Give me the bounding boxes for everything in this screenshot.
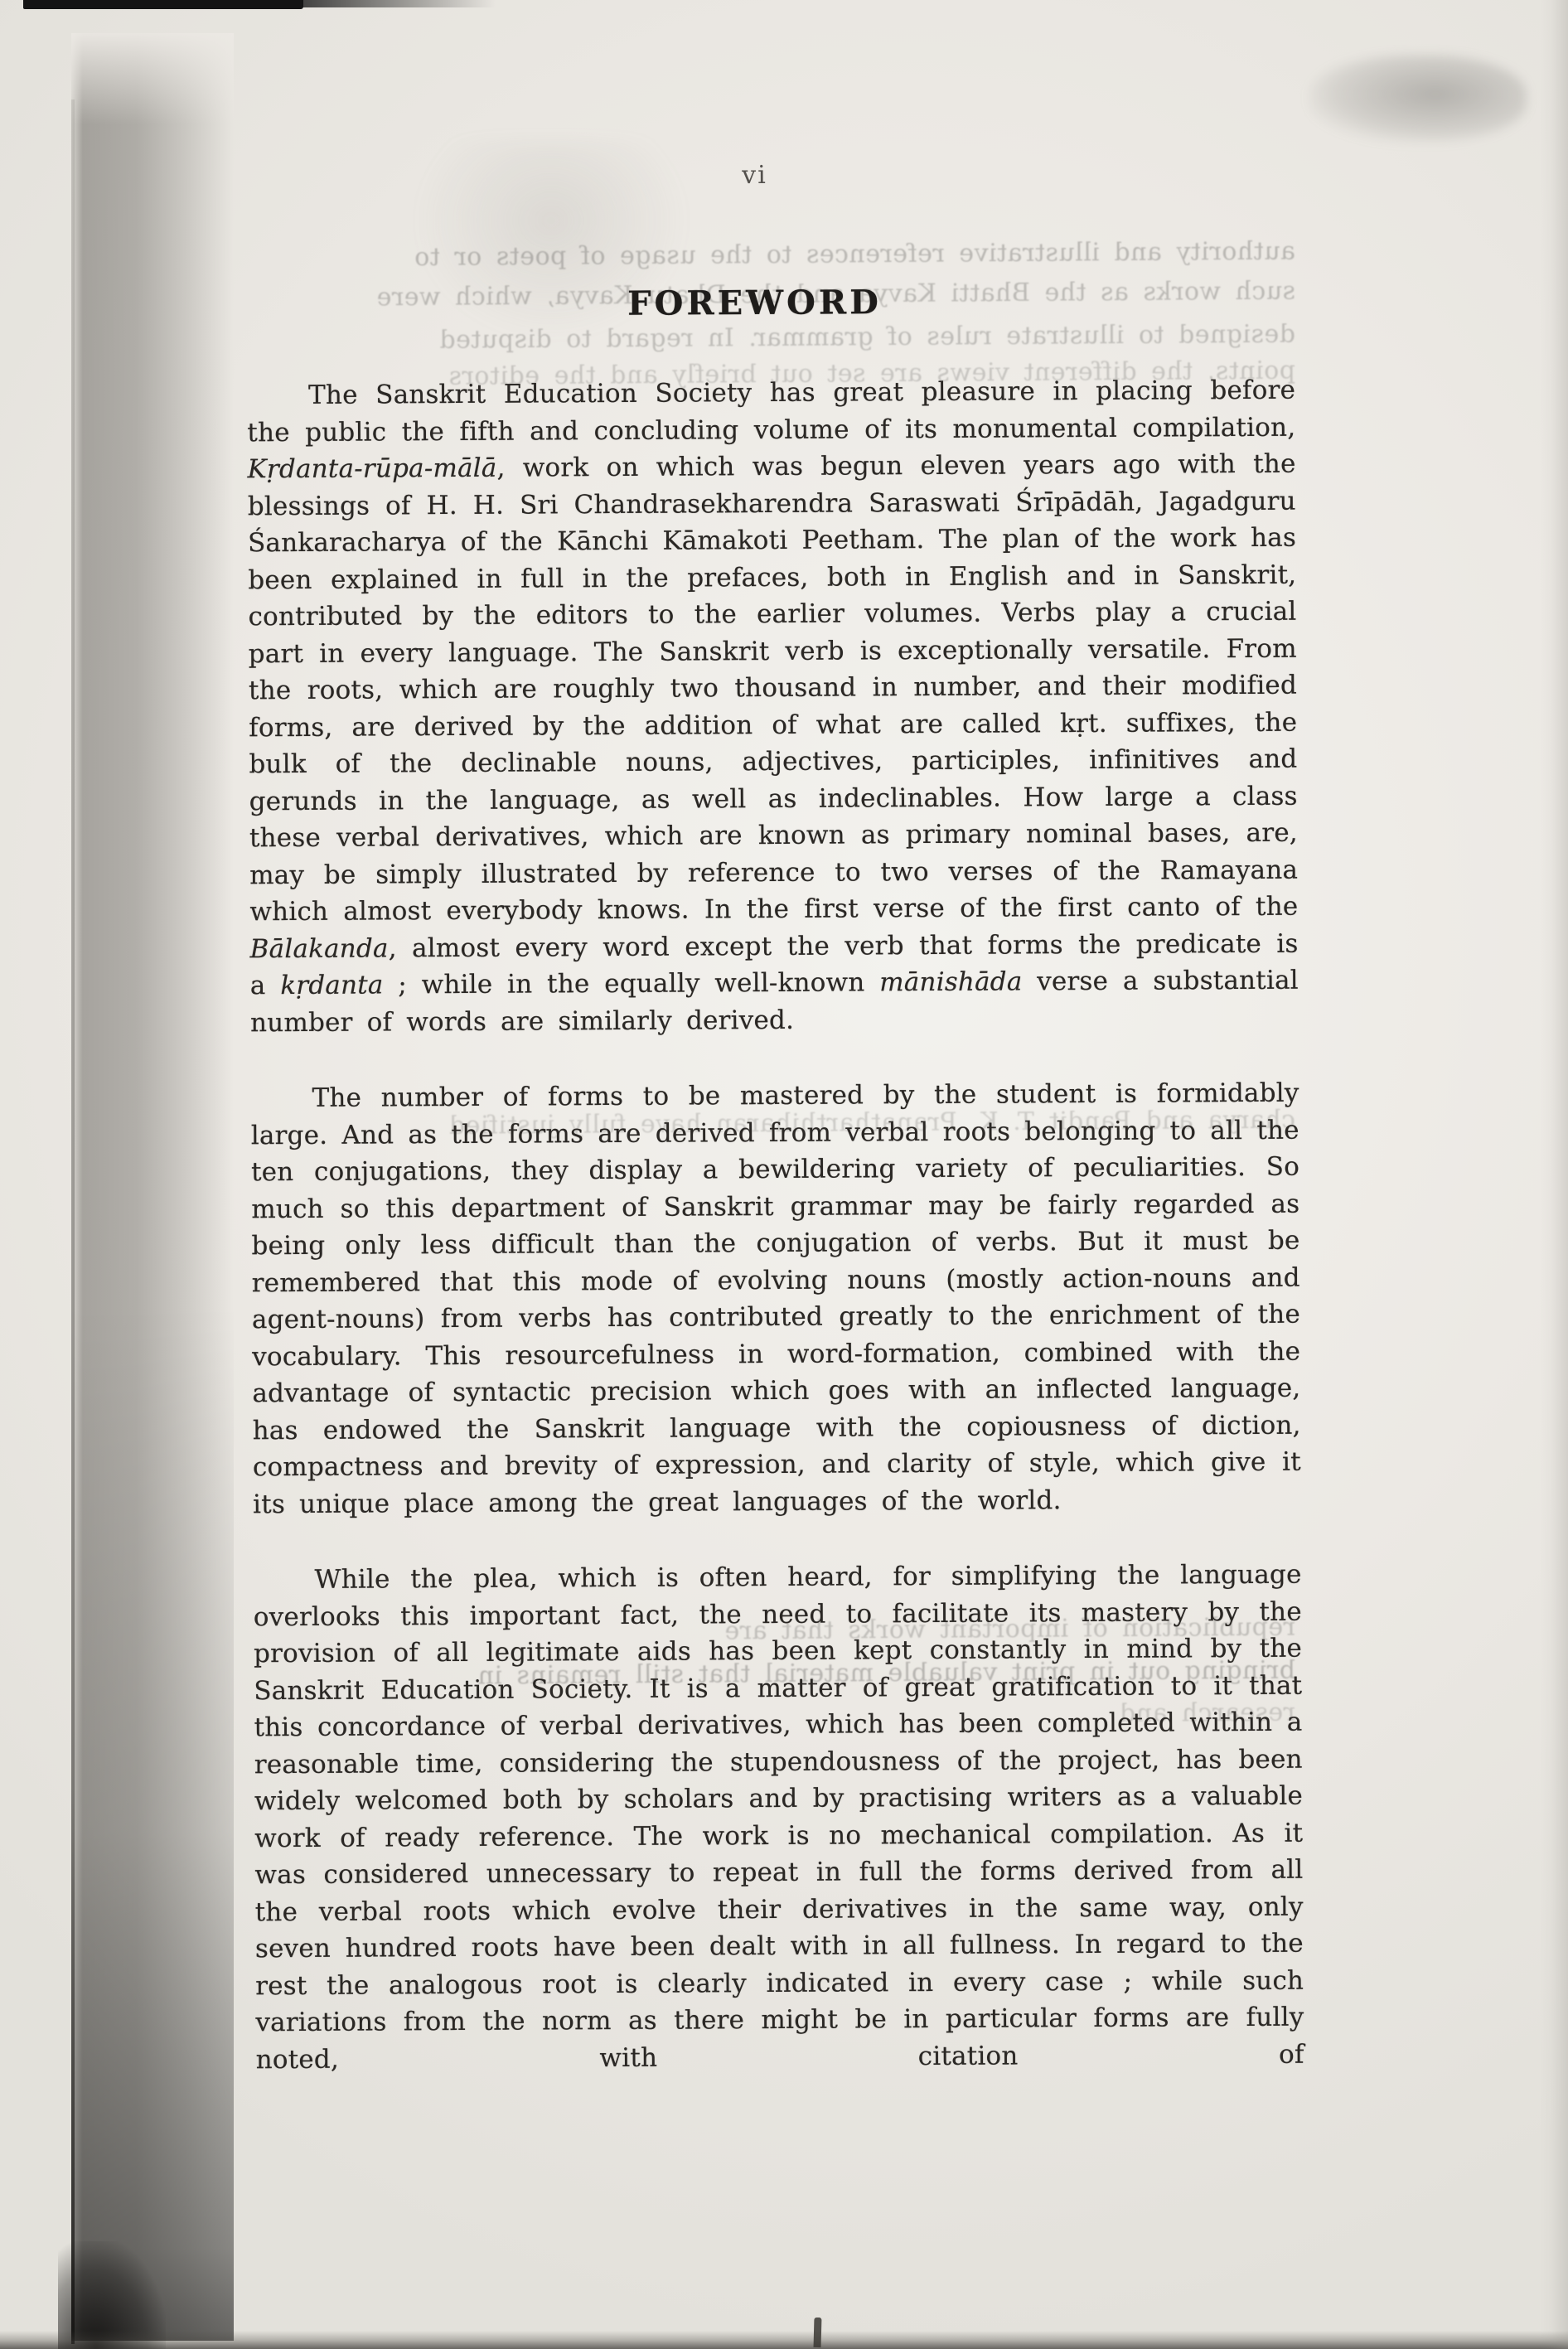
page-number: vi <box>239 158 1270 193</box>
foreword-text-column: The Sanskrit Education Society has great… <box>247 372 1304 2079</box>
scan-artifact-top-bar <box>23 0 303 9</box>
scan-artifact-right-edge <box>1540 0 1568 2349</box>
scan-smudge-top-right <box>1309 55 1527 143</box>
foreword-paragraph-1: The Sanskrit Education Society has great… <box>247 372 1299 1042</box>
scanned-book-page: authority and illustrative references to… <box>0 0 1568 2349</box>
scan-artifact-top-bar-fade <box>297 0 496 7</box>
foreword-paragraph-2: The number of forms to be mastered by th… <box>250 1075 1301 1523</box>
scan-gutter-shadow <box>71 33 234 2341</box>
foreword-heading: FOREWORD <box>239 281 1270 326</box>
scan-artifact-bottom-edge <box>0 2331 1568 2349</box>
scan-gutter-edge-line <box>71 99 75 2344</box>
foreword-paragraph-3: While the plea, which is often heard, fo… <box>253 1557 1304 2079</box>
bleedthrough-line-1: authority and illustrative references to… <box>247 235 1295 276</box>
scan-artifact-bottom-tick <box>814 2318 822 2347</box>
